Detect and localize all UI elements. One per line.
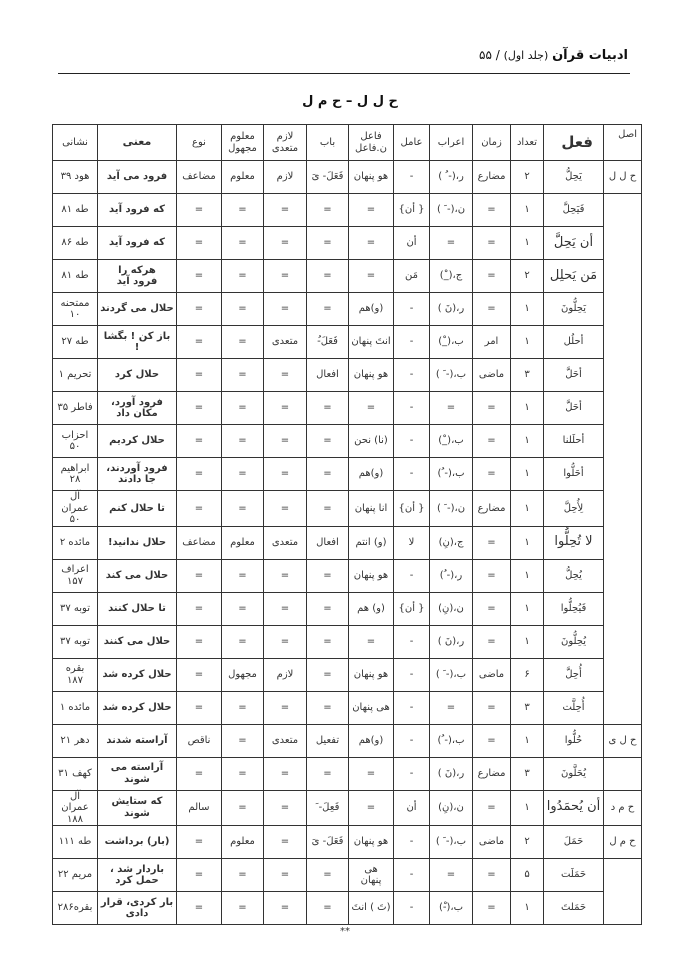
cell-count: ۱ <box>511 458 544 491</box>
table-row: أُحِلَّ۶ماضیب،(- َ )-هو پنهان=لازممجهول=… <box>53 658 642 691</box>
cell-verb: حُلُّوا <box>544 724 604 757</box>
cell-type: = <box>177 194 222 227</box>
cell-lazim: = <box>264 194 307 227</box>
cell-amil: - <box>394 392 430 425</box>
cell-ref: طه ۱۱۱ <box>53 826 98 859</box>
col-count: تعداد <box>511 125 544 161</box>
table-row: لِأُحِلَّ۱مضارعن،(- َ ){ أن}انا پنهان===… <box>53 491 642 527</box>
cell-bab: = <box>307 658 349 691</box>
col-verb: فعل <box>544 125 604 161</box>
cell-amil: - <box>394 724 430 757</box>
table-body: ح ل ليَحِلُّ۲مضارعر،(- ُ )-هو پنهانفَعَل… <box>53 161 642 925</box>
cell-root: ح ل ی <box>604 724 642 757</box>
cell-count: ۶ <box>511 658 544 691</box>
cell-lazim: متعدی <box>264 724 307 757</box>
cell-tense: ماضی <box>473 826 511 859</box>
cell-type: = <box>177 826 222 859</box>
cell-count: ۱ <box>511 724 544 757</box>
cell-meaning: که فرود آید <box>98 227 177 260</box>
cell-bab: = <box>307 194 349 227</box>
cell-voice: = <box>222 559 264 592</box>
cell-voice: = <box>222 691 264 724</box>
cell-root: ح ل ل <box>604 161 642 194</box>
cell-irab: ر،(- ُ) <box>430 559 473 592</box>
cell-type: = <box>177 326 222 359</box>
cell-tense: = <box>473 293 511 326</box>
cell-voice: = <box>222 892 264 925</box>
cell-verb: أُحِلَّت <box>544 691 604 724</box>
cell-tense: = <box>473 625 511 658</box>
cell-voice: = <box>222 194 264 227</box>
cell-verb: أن يُحمَدُوا <box>544 790 604 826</box>
cell-verb: أحَلَّ <box>544 359 604 392</box>
cell-meaning: بار کردی، قرار دادی <box>98 892 177 925</box>
cell-verb: يَحِلُّ <box>544 161 604 194</box>
cell-count: ۱ <box>511 392 544 425</box>
cell-irab: ج،(_ْ) <box>430 260 473 293</box>
page-number: / ۵۵ <box>479 48 500 62</box>
cell-ref: طه ۸۱ <box>53 194 98 227</box>
cell-voice: = <box>222 757 264 790</box>
col-root: اصل <box>604 125 642 161</box>
cell-count: ۱ <box>511 892 544 925</box>
cell-amil: - <box>394 892 430 925</box>
cell-type: = <box>177 691 222 724</box>
cell-root <box>604 592 642 625</box>
cell-verb: لِأُحِلَّ <box>544 491 604 527</box>
table-row: أحلُل۱امرب،(_ْ)-انتَ پنهانفَعَلَ-ُمتعدی=… <box>53 326 642 359</box>
cell-amil: - <box>394 425 430 458</box>
col-meaning: معنی <box>98 125 177 161</box>
cell-root <box>604 293 642 326</box>
table-row: ح م لحَمَلَ۲ماضیب،(- َ )-هو پنهانفَعَلَ-… <box>53 826 642 859</box>
cell-subject: هو پنهان <box>349 559 394 592</box>
cell-voice: = <box>222 724 264 757</box>
table-row: فَيَحِلَّ۱=ن،(- َ ){ أن}=====که فرود آید… <box>53 194 642 227</box>
cell-lazim: = <box>264 491 307 527</box>
table-row: أحَلُّوا۱=ب،(- ُ)-(و)هم====فرود آوردند، … <box>53 458 642 491</box>
cell-lazim: = <box>264 392 307 425</box>
cell-lazim: = <box>264 559 307 592</box>
cell-voice: = <box>222 392 264 425</box>
cell-ref: مائده ۱ <box>53 691 98 724</box>
cell-ref: طه ۲۷ <box>53 326 98 359</box>
cell-voice: = <box>222 326 264 359</box>
cell-type: مضاعف <box>177 526 222 559</box>
cell-subject: هو پنهان <box>349 826 394 859</box>
cell-amil: أن <box>394 790 430 826</box>
cell-verb: لا تُحِلُّوا <box>544 526 604 559</box>
cell-verb: حَمَلَ <box>544 826 604 859</box>
cell-voice: معلوم <box>222 826 264 859</box>
cell-irab: ب،(_ْ) <box>430 425 473 458</box>
cell-meaning: که فرود آید <box>98 194 177 227</box>
cell-bab: = <box>307 625 349 658</box>
cell-verb: أُحِلَّ <box>544 658 604 691</box>
cell-subject: = <box>349 757 394 790</box>
table-row: يُحَلَّونَ۳مضارعر،(نَ )-=====آراسته می ش… <box>53 757 642 790</box>
cell-ref: دهر ۲۱ <box>53 724 98 757</box>
cell-ref: بقره۲۸۶ <box>53 892 98 925</box>
cell-amil: - <box>394 458 430 491</box>
cell-subject: (و)هم <box>349 293 394 326</box>
cell-root <box>604 491 642 527</box>
cell-irab: = <box>430 227 473 260</box>
cell-root <box>604 625 642 658</box>
cell-voice: = <box>222 260 264 293</box>
cell-verb: أحَلُّوا <box>544 458 604 491</box>
cell-voice: = <box>222 592 264 625</box>
cell-subject: هو پنهان <box>349 658 394 691</box>
cell-bab: = <box>307 691 349 724</box>
cell-meaning: حلال می کنند <box>98 625 177 658</box>
cell-type: = <box>177 757 222 790</box>
col-bab: باب <box>307 125 349 161</box>
book-title: ادبیات قرآن <box>552 48 628 63</box>
cell-voice: = <box>222 790 264 826</box>
cell-bab: = <box>307 227 349 260</box>
cell-verb: يَحِلُّونَ <box>544 293 604 326</box>
cell-voice: مجهول <box>222 658 264 691</box>
cell-ref: مریم ۲۲ <box>53 859 98 892</box>
cell-ref: طه ۸۶ <box>53 227 98 260</box>
cell-amil: - <box>394 559 430 592</box>
cell-count: ۳ <box>511 691 544 724</box>
cell-subject: (تَ ) انتَ <box>349 892 394 925</box>
cell-verb: أحلُل <box>544 326 604 359</box>
cell-irab: = <box>430 392 473 425</box>
cell-subject: هی پنهان <box>349 859 394 892</box>
cell-subject: = <box>349 790 394 826</box>
cell-count: ۲ <box>511 260 544 293</box>
cell-amil: { أن} <box>394 592 430 625</box>
cell-verb: أن يَحِلَّ <box>544 227 604 260</box>
cell-bab: = <box>307 592 349 625</box>
cell-count: ۱ <box>511 526 544 559</box>
cell-voice: معلوم <box>222 526 264 559</box>
cell-count: ۱ <box>511 491 544 527</box>
table-row: أحلَلنا۱=ب،(_ْ)-(نا) نحن====حلال کردیماح… <box>53 425 642 458</box>
col-lazim: لازم متعدی <box>264 125 307 161</box>
cell-irab: ب،(_ْ) <box>430 326 473 359</box>
cell-lazim: = <box>264 826 307 859</box>
table-row: أُحِلَّت۳==-هی پنهان====حلال کرده شدمائد… <box>53 691 642 724</box>
cell-root <box>604 227 642 260</box>
table-row: يُحِلُّ۱=ر،(- ُ)-هو پنهان====حلال می کند… <box>53 559 642 592</box>
cell-irab: ب،(- َ ) <box>430 359 473 392</box>
table-row: أحَلَّ۳ماضیب،(- َ )-هو پنهانافعال===حلال… <box>53 359 642 392</box>
cell-count: ۱ <box>511 592 544 625</box>
cell-meaning: باز کن ! بگشا ! <box>98 326 177 359</box>
cell-root: ح م د <box>604 790 642 826</box>
cell-subject: هی پنهان <box>349 691 394 724</box>
cell-verb: حَمَلتَ <box>544 892 604 925</box>
cell-voice: = <box>222 491 264 527</box>
cell-voice: = <box>222 359 264 392</box>
cell-type: مضاعف <box>177 161 222 194</box>
cell-subject: (و) انتم <box>349 526 394 559</box>
table-row: أحَلَّ۱==-=====فرود آورد، مکان دادفاطر ۳… <box>53 392 642 425</box>
cell-type: ناقص <box>177 724 222 757</box>
cell-ref: کهف ۳۱ <box>53 757 98 790</box>
cell-ref: اعراف ۱۵۷ <box>53 559 98 592</box>
cell-meaning: فرود آوردند، جا دادند <box>98 458 177 491</box>
cell-amil: - <box>394 757 430 790</box>
cell-tense: مضارع <box>473 757 511 790</box>
cell-lazim: = <box>264 592 307 625</box>
cell-type: = <box>177 592 222 625</box>
cell-root <box>604 458 642 491</box>
cell-meaning: هرکه را فرود آید <box>98 260 177 293</box>
cell-meaning: که ستایش شوند <box>98 790 177 826</box>
cell-verb: فَيُحِلُّوا <box>544 592 604 625</box>
col-subject: فاعل ن.فاعل <box>349 125 394 161</box>
cell-tense: = <box>473 227 511 260</box>
cell-root <box>604 892 642 925</box>
cell-meaning: فرود آورد، مکان داد <box>98 392 177 425</box>
cell-bab: = <box>307 425 349 458</box>
cell-count: ۱ <box>511 326 544 359</box>
cell-subject: = <box>349 260 394 293</box>
table-row: أن يَحِلَّ۱==أن=====که فرود آیدطه ۸۶ <box>53 227 642 260</box>
cell-irab: ب،(- َ ) <box>430 826 473 859</box>
cell-bab: فَعَلَ- یَ <box>307 161 349 194</box>
cell-type: = <box>177 625 222 658</box>
cell-irab: ن،(- َ ) <box>430 194 473 227</box>
table-row: ح ل یحُلُّوا۱=ب،(- ُ)-(و)همتفعیلمتعدی=نا… <box>53 724 642 757</box>
cell-count: ۱ <box>511 194 544 227</box>
col-irab: اعراب <box>430 125 473 161</box>
cell-ref: آل عمران ۵۰ <box>53 491 98 527</box>
cell-verb: حَمَلَت <box>544 859 604 892</box>
cell-subject: هو پنهان <box>349 359 394 392</box>
cell-bab: = <box>307 859 349 892</box>
cell-bab: = <box>307 757 349 790</box>
cell-meaning: حلال کرد <box>98 359 177 392</box>
cell-amil: أن <box>394 227 430 260</box>
cell-count: ۱ <box>511 425 544 458</box>
cell-lazim: = <box>264 293 307 326</box>
cell-root <box>604 526 642 559</box>
cell-count: ۱ <box>511 227 544 260</box>
cell-tense: = <box>473 790 511 826</box>
cell-tense: = <box>473 194 511 227</box>
cell-amil: { أن} <box>394 491 430 527</box>
col-voice: معلوم مجهول <box>222 125 264 161</box>
cell-lazim: لازم <box>264 161 307 194</box>
cell-lazim: = <box>264 458 307 491</box>
cell-amil: مَن <box>394 260 430 293</box>
table-row: ح م دأن يُحمَدُوا۱=ن،(نِ)أن=فَعِلَ- َ==س… <box>53 790 642 826</box>
cell-subject: (نا) نحن <box>349 425 394 458</box>
cell-ref: آل عمران ۱۸۸ <box>53 790 98 826</box>
cell-bab: = <box>307 392 349 425</box>
cell-meaning: حلال کرده شد <box>98 658 177 691</box>
table-row: حَمَلَت۵==-هی پنهان====باردار شد ، حمل ک… <box>53 859 642 892</box>
cell-root <box>604 359 642 392</box>
cell-type: = <box>177 491 222 527</box>
cell-lazim: لازم <box>264 658 307 691</box>
cell-ref: فاطر ۳۵ <box>53 392 98 425</box>
cell-subject: انا پنهان <box>349 491 394 527</box>
cell-irab: ر،(نَ ) <box>430 293 473 326</box>
cell-bab: = <box>307 293 349 326</box>
cell-irab: ن،(نِ) <box>430 790 473 826</box>
cell-amil: { أن} <box>394 194 430 227</box>
cell-tense: = <box>473 724 511 757</box>
volume-label: (جلد اول) <box>504 49 549 62</box>
cell-irab: ب،(- ُ) <box>430 458 473 491</box>
cell-root <box>604 260 642 293</box>
running-head: ادبیات قرآن (جلد اول) / ۵۵ <box>60 48 628 70</box>
col-ref: نشانی <box>53 125 98 161</box>
cell-verb: يُحِلُّ <box>544 559 604 592</box>
cell-ref: ابراهیم ۲۸ <box>53 458 98 491</box>
cell-verb: مَن يَحلِل <box>544 260 604 293</box>
cell-amil: - <box>394 658 430 691</box>
cell-voice: = <box>222 293 264 326</box>
cell-meaning: حلال کرده شد <box>98 691 177 724</box>
cell-count: ۱ <box>511 790 544 826</box>
cell-lazim: = <box>264 790 307 826</box>
cell-bab: = <box>307 559 349 592</box>
cell-tense: = <box>473 526 511 559</box>
cell-count: ۱ <box>511 293 544 326</box>
cell-subject: = <box>349 194 394 227</box>
cell-tense: مضارع <box>473 491 511 527</box>
cell-amil: - <box>394 359 430 392</box>
cell-bab: = <box>307 491 349 527</box>
cell-subject: = <box>349 227 394 260</box>
cell-verb: أحلَلنا <box>544 425 604 458</box>
cell-irab: ج،(نِ) <box>430 526 473 559</box>
cell-root: ح م ل <box>604 826 642 859</box>
cell-lazim: = <box>264 691 307 724</box>
cell-tense: = <box>473 425 511 458</box>
cell-root <box>604 691 642 724</box>
cell-meaning: باردار شد ، حمل کرد <box>98 859 177 892</box>
cell-tense: = <box>473 260 511 293</box>
cell-ref: توبه ۳۷ <box>53 592 98 625</box>
cell-tense: = <box>473 458 511 491</box>
cell-tense: ماضی <box>473 359 511 392</box>
cell-bab: تفعیل <box>307 724 349 757</box>
col-amil: عامل <box>394 125 430 161</box>
verb-analysis-table: اصل فعل تعداد زمان اعراب عامل فاعل ن.فاع… <box>52 124 642 925</box>
table-row: حَمَلتَ۱=ب،(-ْ)-(تَ ) انتَ====بار کردی، … <box>53 892 642 925</box>
cell-irab: ب،(- َ ) <box>430 658 473 691</box>
cell-amil: لا <box>394 526 430 559</box>
table-row: لا تُحِلُّوا۱=ج،(نِ)لا(و) انتمافعالمتعدی… <box>53 526 642 559</box>
cell-bab: افعال <box>307 526 349 559</box>
cell-lazim: = <box>264 260 307 293</box>
cell-bab: فَعِلَ- َ <box>307 790 349 826</box>
cell-ref: هود ۳۹ <box>53 161 98 194</box>
cell-count: ۳ <box>511 359 544 392</box>
cell-tense: = <box>473 859 511 892</box>
cell-tense: = <box>473 592 511 625</box>
cell-type: = <box>177 293 222 326</box>
cell-ref: ممتحنه ۱۰ <box>53 293 98 326</box>
cell-meaning: آراسته می شوند <box>98 757 177 790</box>
cell-amil: - <box>394 293 430 326</box>
cell-type: = <box>177 392 222 425</box>
cell-lazim: = <box>264 859 307 892</box>
cell-irab: = <box>430 859 473 892</box>
cell-type: = <box>177 458 222 491</box>
cell-root <box>604 859 642 892</box>
cell-voice: = <box>222 425 264 458</box>
cell-voice: = <box>222 625 264 658</box>
cell-root <box>604 194 642 227</box>
cell-root <box>604 559 642 592</box>
cell-count: ۲ <box>511 161 544 194</box>
cell-meaning: فرود می آید <box>98 161 177 194</box>
cell-irab: ن،(- َ ) <box>430 491 473 527</box>
cell-count: ۳ <box>511 757 544 790</box>
cell-subject: (و)هم <box>349 724 394 757</box>
header-divider <box>58 73 630 74</box>
table-title: ح ل ل – ح م ل <box>0 94 700 109</box>
cell-count: ۲ <box>511 826 544 859</box>
cell-lazim: = <box>264 227 307 260</box>
cell-ref: طه ۸۱ <box>53 260 98 293</box>
cell-meaning: حلال ندانید! <box>98 526 177 559</box>
cell-amil: - <box>394 625 430 658</box>
cell-irab: = <box>430 691 473 724</box>
cell-lazim: = <box>264 625 307 658</box>
cell-type: = <box>177 359 222 392</box>
cell-type: = <box>177 892 222 925</box>
cell-subject: (و)هم <box>349 458 394 491</box>
table-header-row: اصل فعل تعداد زمان اعراب عامل فاعل ن.فاع… <box>53 125 642 161</box>
cell-lazim: = <box>264 359 307 392</box>
cell-irab: ر،(نَ ) <box>430 757 473 790</box>
col-type: نوع <box>177 125 222 161</box>
table-row: يُحِلُّونَ۱=ر،(نَ )-=====حلال می کنندتوب… <box>53 625 642 658</box>
cell-tense: = <box>473 559 511 592</box>
cell-ref: تحریم ۱ <box>53 359 98 392</box>
cell-type: = <box>177 658 222 691</box>
cell-irab: ر،(- ُ ) <box>430 161 473 194</box>
cell-amil: - <box>394 691 430 724</box>
cell-bab: افعال <box>307 359 349 392</box>
cell-tense: = <box>473 392 511 425</box>
cell-meaning: (بار) برداشت <box>98 826 177 859</box>
cell-ref: توبه ۳۷ <box>53 625 98 658</box>
cell-voice: = <box>222 227 264 260</box>
cell-tense: ماضی <box>473 658 511 691</box>
cell-bab: = <box>307 458 349 491</box>
cell-tense: = <box>473 892 511 925</box>
cell-subject: = <box>349 392 394 425</box>
cell-subject: (و) هم <box>349 592 394 625</box>
cell-type: سالم <box>177 790 222 826</box>
cell-amil: - <box>394 859 430 892</box>
cell-tense: مضارع <box>473 161 511 194</box>
cell-meaning: تا حلال کنند <box>98 592 177 625</box>
cell-type: = <box>177 227 222 260</box>
table-row: يَحِلُّونَ۱=ر،(نَ )-(و)هم====حلال می گرد… <box>53 293 642 326</box>
cell-ref: احزاب ۵۰ <box>53 425 98 458</box>
cell-type: = <box>177 425 222 458</box>
cell-count: ۱ <box>511 559 544 592</box>
cell-verb: فَيَحِلَّ <box>544 194 604 227</box>
cell-lazim: = <box>264 425 307 458</box>
cell-voice: معلوم <box>222 161 264 194</box>
cell-irab: ب،(-ْ) <box>430 892 473 925</box>
cell-type: = <box>177 559 222 592</box>
